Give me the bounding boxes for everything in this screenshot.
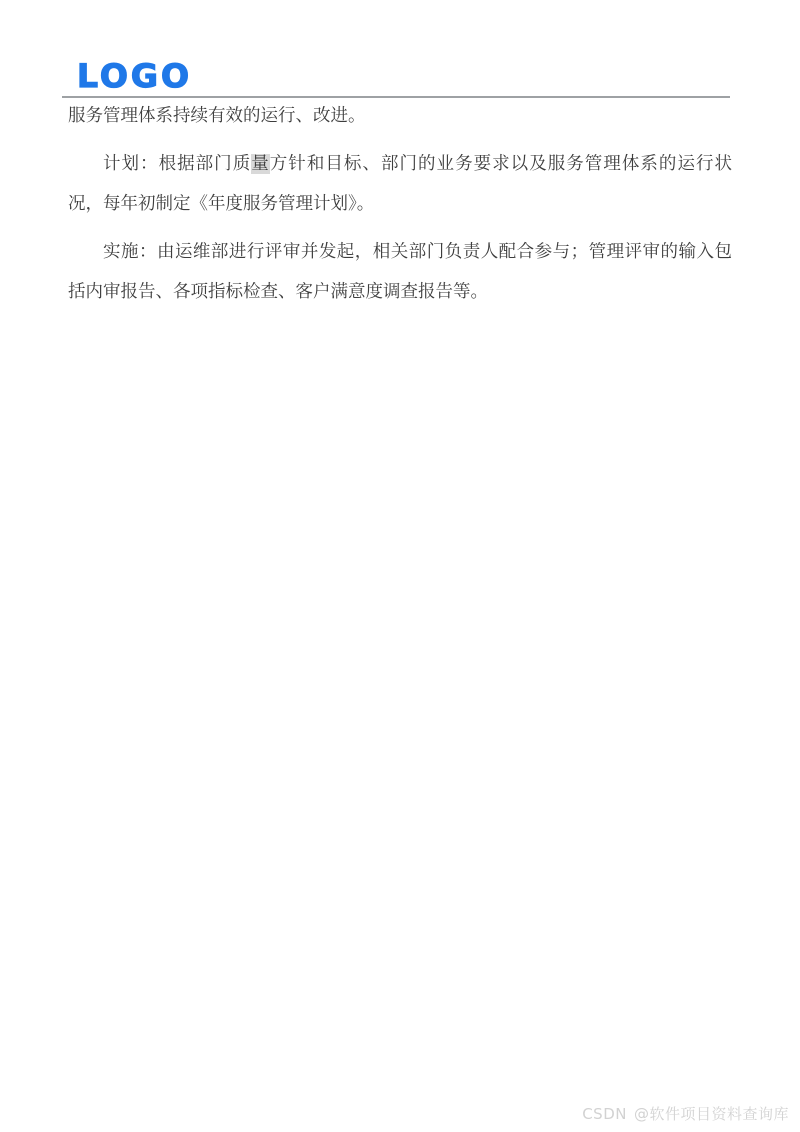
paragraph: 计划：根据部门质量方针和目标、部门的业务要求以及服务管理体系的运行状况，每年初制… — [68, 144, 732, 224]
paragraph: 实施：由运维部进行评审并发起，相关部门负责人配合参与；管理评审的输入包括内审报告… — [68, 232, 732, 312]
csdn-watermark: CSDN@软件项目资料查询库 — [582, 1103, 789, 1124]
paragraph-text: 实施：由运维部进行评审并发起，相关部门负责人配合参与；管理评审的输入包括内审报告… — [68, 242, 732, 302]
company-logo: LOGO — [77, 62, 192, 91]
highlighted-text: 量 — [251, 154, 270, 174]
watermark-handle: @软件项目资料查询库 — [634, 1105, 789, 1123]
watermark-brand: CSDN — [582, 1105, 627, 1123]
paragraph-text: 计划：根据部门质 — [103, 154, 251, 174]
paragraph: 服务管理体系持续有效的运行、改进。 — [68, 96, 732, 136]
document-page: LOGO 服务管理体系持续有效的运行、改进。计划：根据部门质量方针和目标、部门的… — [0, 0, 800, 1132]
document-body: 服务管理体系持续有效的运行、改进。计划：根据部门质量方针和目标、部门的业务要求以… — [68, 96, 732, 312]
paragraph-text: 服务管理体系持续有效的运行、改进。 — [68, 106, 366, 126]
